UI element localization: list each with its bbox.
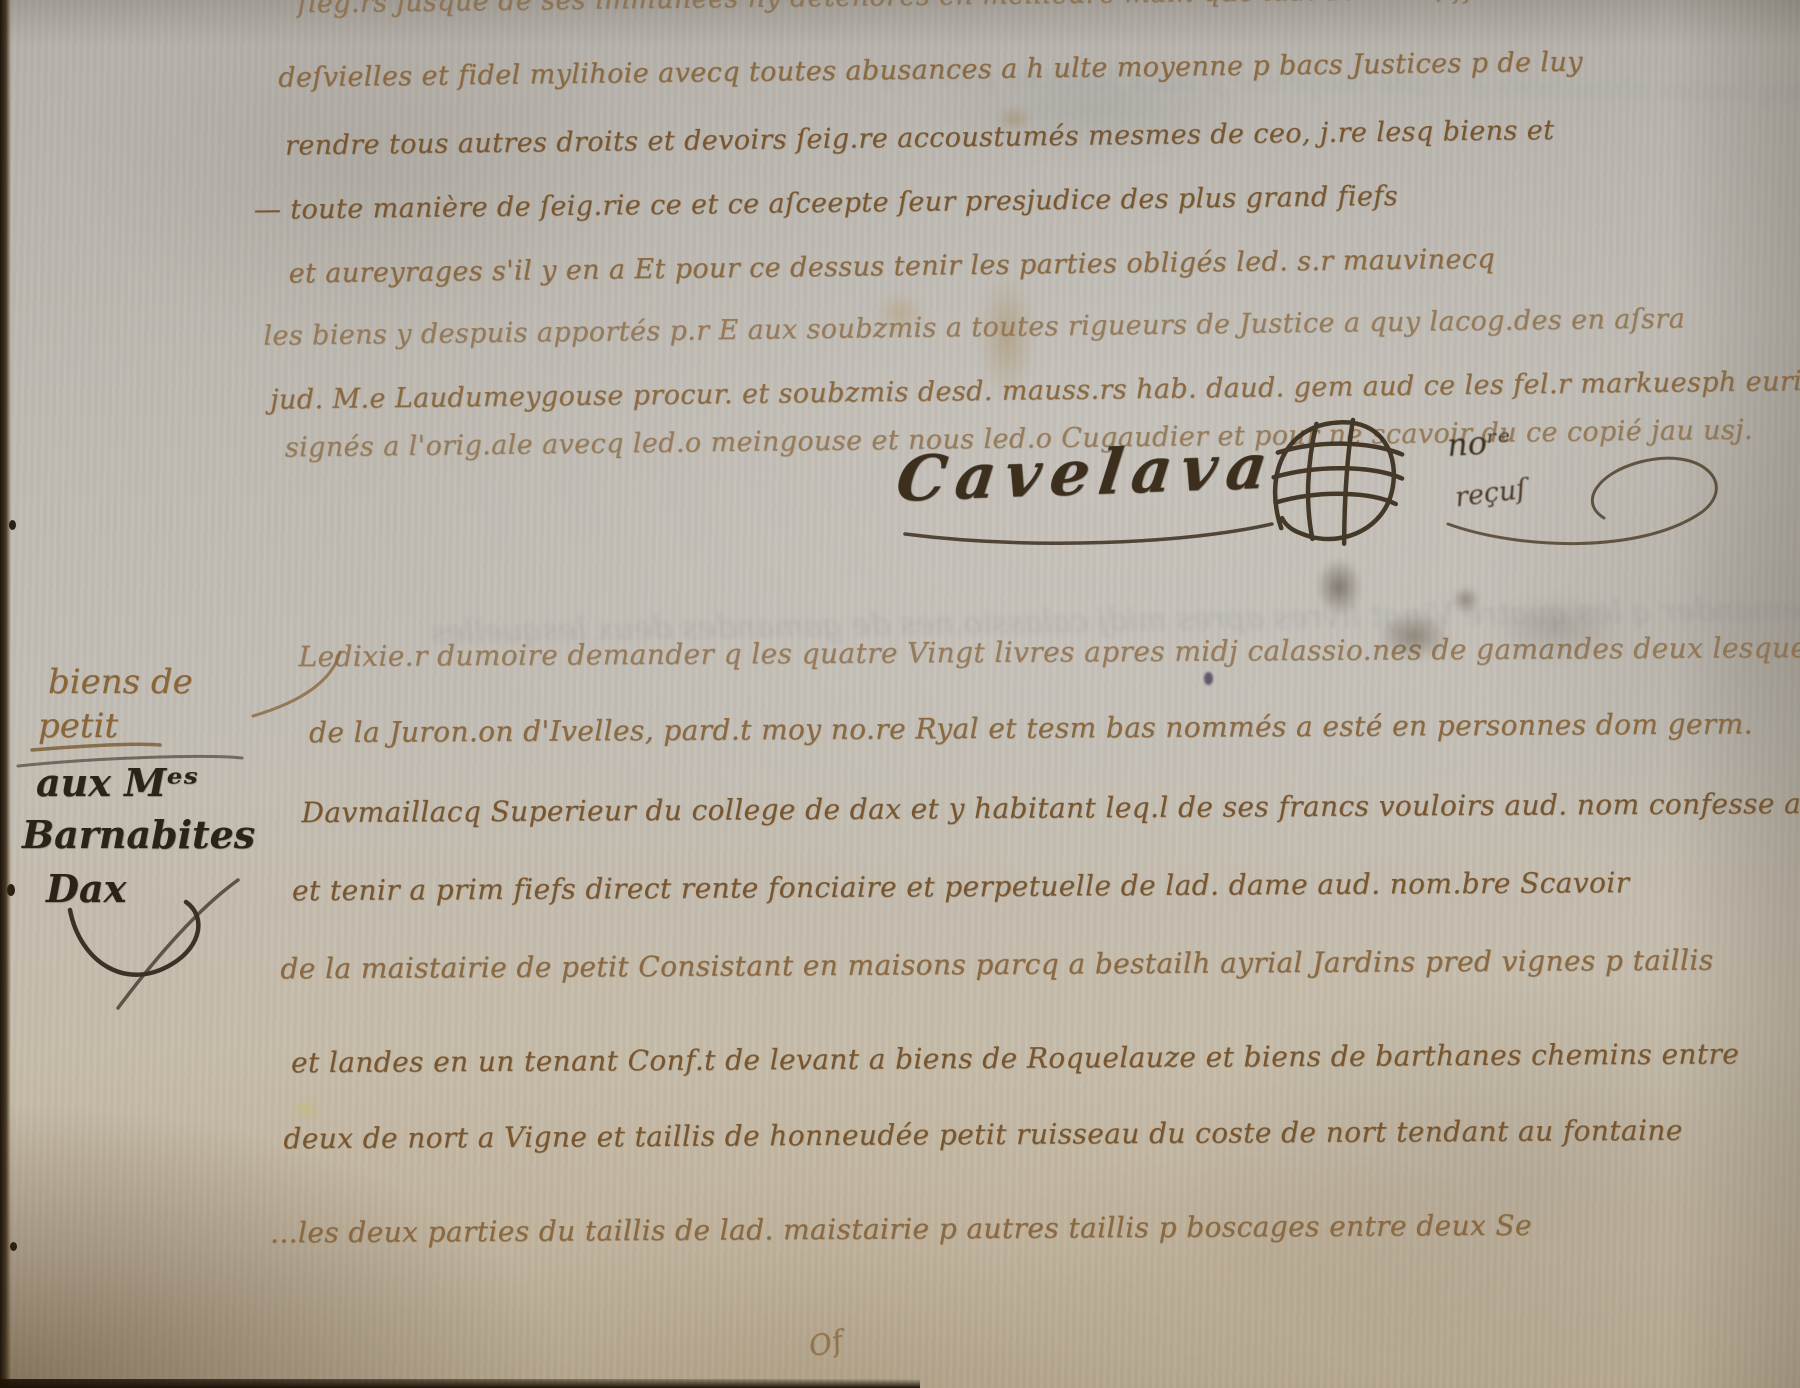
bottom-page-mark: Of — [806, 1324, 846, 1364]
ink-stain — [876, 292, 924, 334]
edge-speck — [7, 884, 15, 896]
handwritten-line: et tenir a prim fiefs direct rente fonci… — [292, 866, 1630, 907]
ink-bleedthrough-smudge — [930, 60, 1260, 160]
handwritten-line: de la maistairie de petit Consistant en … — [280, 943, 1713, 985]
bottom-edge — [0, 1379, 920, 1388]
ink-stain — [978, 272, 1036, 404]
edge-speck — [9, 520, 16, 530]
handwritten-line: et landes en un tenant Conf.t de levant … — [291, 1037, 1739, 1079]
gray-smudge — [1492, 596, 1622, 660]
yellow-stain — [292, 1098, 320, 1120]
paper-discoloration — [1000, 1150, 1520, 1360]
ink-speck — [1204, 672, 1213, 685]
ink-smudge — [1452, 586, 1480, 614]
ink-smudge — [1316, 558, 1362, 616]
lower-text-block: Ledixie.r dumoire demander q les quatre … — [0, 0, 1800, 1388]
handwritten-line: deux de nort a Vigne et taillis de honne… — [283, 1114, 1683, 1156]
handwritten-line: Davmaillacq Superieur du college de dax … — [301, 787, 1800, 830]
handwritten-line: de la Juron.on d'Ivelles, pard.t moy no.… — [309, 707, 1753, 749]
edge-speck — [10, 1242, 17, 1251]
manuscript-photo: deſvielles et fidel mylihoie avecq toute… — [0, 0, 1800, 1388]
binding-edge — [0, 0, 11, 1388]
ink-smudge — [1378, 612, 1450, 660]
